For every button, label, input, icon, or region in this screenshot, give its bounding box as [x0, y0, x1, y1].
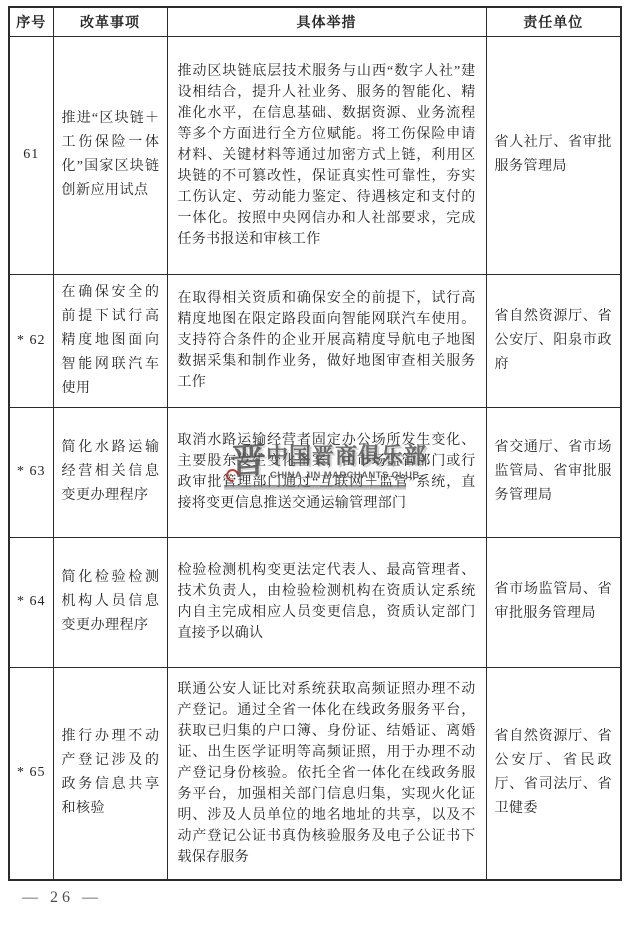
document-page: 序号 改革事项 具体举措 责任单位 61 推进“区块链＋工伤保险一体化”国家区块… [0, 0, 632, 939]
responsible-unit-cell: 省自然资源厅、省公安厅、阳泉市政府 [486, 274, 621, 407]
responsible-unit-cell: 省交通厅、省市场监管局、省审批服务管理局 [486, 407, 621, 537]
reform-measures-table: 序号 改革事项 具体举措 责任单位 61 推进“区块链＋工伤保险一体化”国家区块… [8, 6, 622, 881]
row-number-cell: * 64 [9, 537, 53, 667]
row-number-cell: 61 [9, 36, 53, 274]
table-row: * 64 简化检验检测机构人员信息变更办理程序 检验检测机构变更法定代表人、最高… [9, 537, 621, 667]
row-number-cell: * 63 [9, 407, 53, 537]
responsible-unit-cell: 省市场监管局、省审批服务管理局 [486, 537, 621, 667]
reform-item-cell: 推行办理不动产登记涉及的政务信息共享和核验 [53, 667, 167, 880]
measures-cell: 在取得相关资质和确保安全的前提下，试行高精度地图在限定路段面向智能网联汽车使用。… [167, 274, 486, 407]
header-cell-measures: 具体举措 [167, 7, 486, 36]
table-row: * 62 在确保安全的前提下试行高精度地图面向智能网联汽车使用 在取得相关资质和… [9, 274, 621, 407]
header-cell-number: 序号 [9, 7, 53, 36]
table-header-row: 序号 改革事项 具体举措 责任单位 [9, 7, 621, 36]
table-row: * 65 推行办理不动产登记涉及的政务信息共享和核验 联通公安人证比对系统获取高… [9, 667, 621, 880]
responsible-unit-cell: 省人社厅、省审批服务管理局 [486, 36, 621, 274]
row-number-cell: * 62 [9, 274, 53, 407]
measures-cell: 检验检测机构变更法定代表人、最高管理者、技术负责人，由检验检测机构在资质认定系统… [167, 537, 486, 667]
measures-cell: 取消水路运输经营者固定办公场所发生变化、主要股东发生变化备案，由市场监管部门或行… [167, 407, 486, 537]
measures-cell: 联通公安人证比对系统获取高频证照办理不动产登记。通过全省一体化在线政务服务平台，… [167, 667, 486, 880]
page-number: — 26 — [22, 889, 102, 907]
table-row: 61 推进“区块链＋工伤保险一体化”国家区块链创新应用试点 推动区块链底层技术服… [9, 36, 621, 274]
reform-item-cell: 简化水路运输经营相关信息变更办理程序 [53, 407, 167, 537]
reform-item-cell: 简化检验检测机构人员信息变更办理程序 [53, 537, 167, 667]
header-cell-reform-item: 改革事项 [53, 7, 167, 36]
responsible-unit-cell: 省自然资源厅、省公安厅、省民政厅、省司法厅、省卫健委 [486, 667, 621, 880]
reform-item-cell: 推进“区块链＋工伤保险一体化”国家区块链创新应用试点 [53, 36, 167, 274]
measures-cell: 推动区块链底层技术服务与山西“数字人社”建设相结合，提升人社业务、服务的智能化、… [167, 36, 486, 274]
header-cell-responsible-unit: 责任单位 [486, 7, 621, 36]
row-number-cell: * 65 [9, 667, 53, 880]
table-row: * 63 简化水路运输经营相关信息变更办理程序 取消水路运输经营者固定办公场所发… [9, 407, 621, 537]
reform-item-cell: 在确保安全的前提下试行高精度地图面向智能网联汽车使用 [53, 274, 167, 407]
